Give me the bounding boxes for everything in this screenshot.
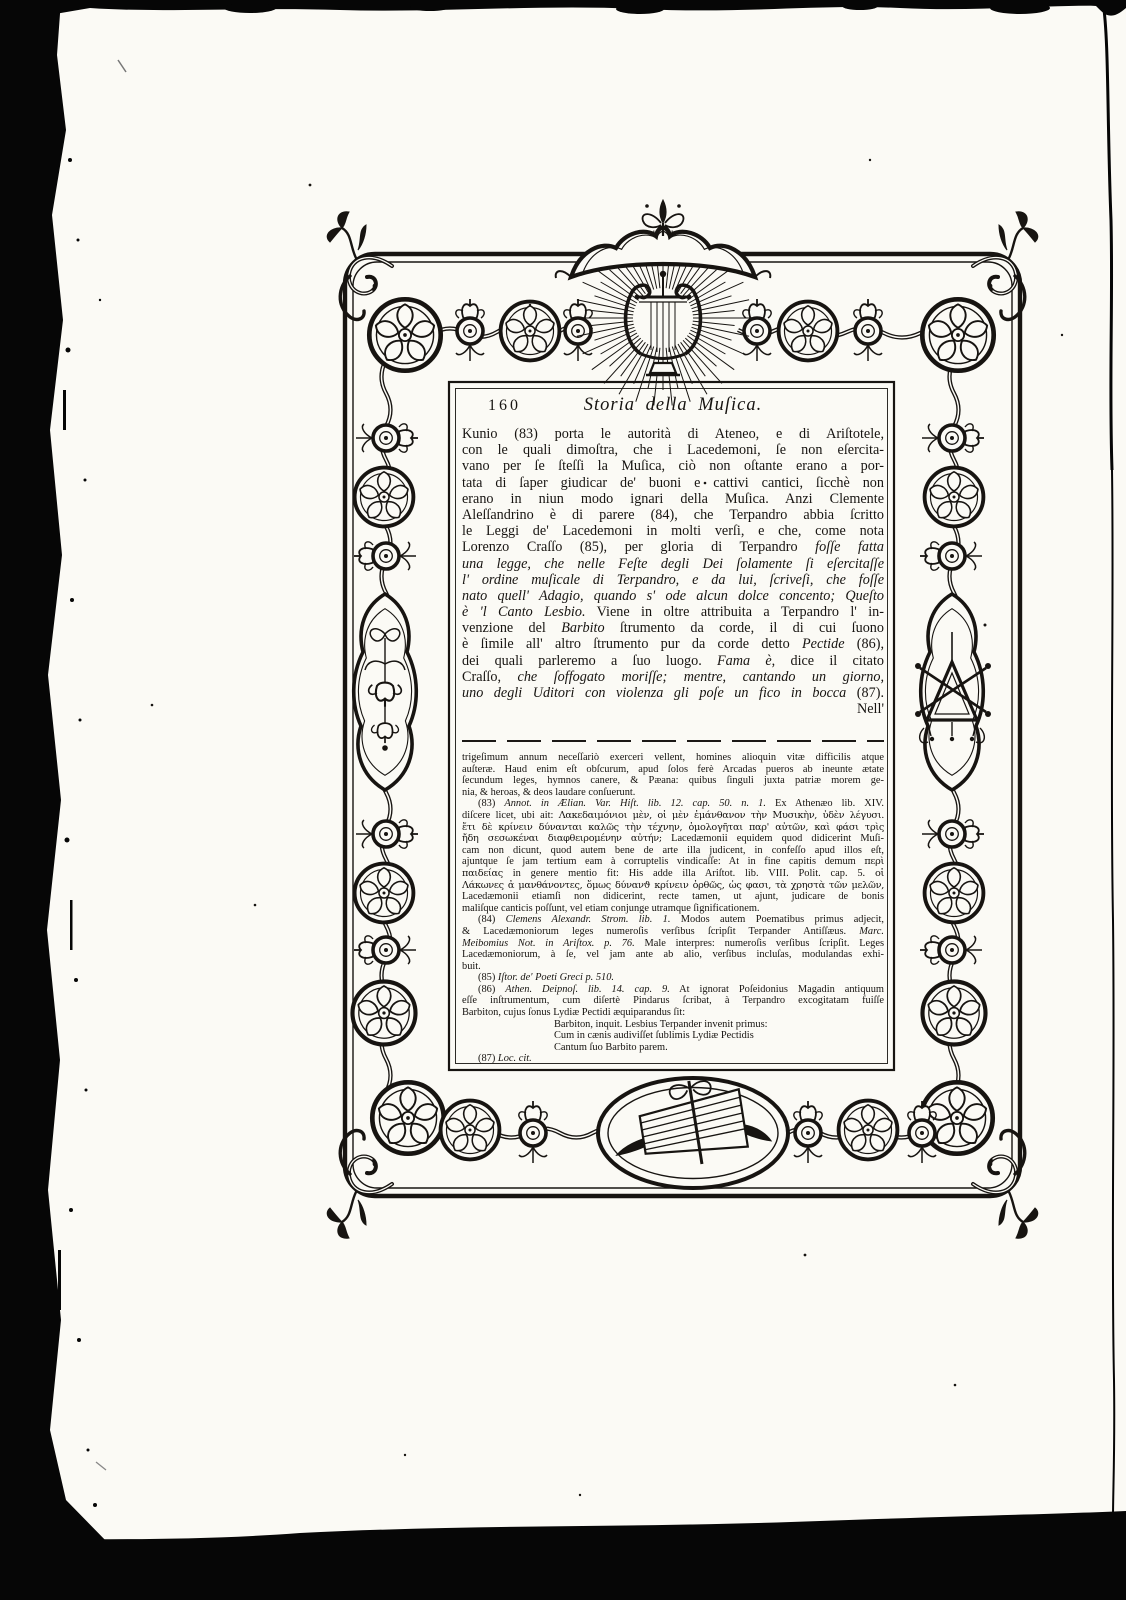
footnote-line: (83) Annot. in Ælian. Var. Hiſt. lib. 12… bbox=[462, 798, 884, 810]
text-line: è 'l Canto Lesbio. Viene in oltre attrib… bbox=[462, 604, 884, 620]
footnote-line: Lacedæmonii etiamſi non didicerint, rect… bbox=[462, 891, 884, 903]
corner-scroll bbox=[973, 212, 1038, 320]
ring-medallion bbox=[564, 299, 592, 361]
ring-medallion bbox=[922, 820, 984, 848]
rosette-medallion bbox=[923, 982, 986, 1045]
ring-medallion bbox=[743, 299, 771, 361]
text-line: vano per ſe ſteſſi la Muſica, ciò non oſ… bbox=[462, 458, 884, 474]
footnote-line: & Lacedæmoniorum leges numeroſis verſibu… bbox=[462, 926, 884, 938]
footnote-line: buit. bbox=[462, 961, 884, 973]
footnote-line: (85) Iſtor. de' Poeti Greci p. 510. bbox=[462, 972, 884, 984]
ring-medallion bbox=[854, 299, 882, 361]
footnote-line: cam non dicunt, quod autem bene de arte … bbox=[462, 845, 884, 857]
corner-scroll bbox=[973, 1131, 1038, 1239]
text-line: le Leggi de' Lacedemoni in molti verſi, … bbox=[462, 523, 884, 539]
ring-medallion bbox=[456, 299, 484, 361]
text-line: venzione del Barbito ſtrumento da corde,… bbox=[462, 620, 884, 636]
footnote-line: ἔτι δὲ κρίνειν δύνανται καλῶς τὴν τέχνην… bbox=[462, 822, 884, 834]
text-line: l' ordine muſicale di Terpandro, e da lu… bbox=[462, 572, 884, 588]
footnote-line: auſteræ. Haud enim eſt obſcurum, apud ſo… bbox=[462, 764, 884, 776]
footnote-line: (87) Loc. cit. bbox=[462, 1053, 884, 1065]
crest-pediment bbox=[571, 228, 755, 277]
body-text: Kunio (83) porta le autorità di Ateneo, … bbox=[462, 426, 884, 717]
rosette-medallion bbox=[779, 302, 838, 361]
page-number: 160 bbox=[488, 397, 521, 415]
page-header: 160 Storia della Muſica. bbox=[462, 395, 884, 419]
footnote-line: (84) Clemens Alexandr. Strom. lib. 1. Mo… bbox=[462, 914, 884, 926]
ring-medallion bbox=[519, 1101, 547, 1163]
text-line: nato quell' Adagio, quando s' ode alcun … bbox=[462, 588, 884, 604]
text-line: Nell' bbox=[462, 701, 884, 717]
footnote-line: Cantum ſuo Barbito parem. bbox=[462, 1042, 884, 1054]
text-line: Aleſſandrino è di parere (84), che Terpa… bbox=[462, 507, 884, 523]
footnote-line: ſecundum leges, hymnos canere, & Pæana: … bbox=[462, 775, 884, 787]
fleur-finial-icon bbox=[556, 200, 771, 278]
footnote-line: Meibomius Not. in Ariſtox. p. 76. Male i… bbox=[462, 938, 884, 950]
text-line: uno degli Uditori con violenza gli poſe … bbox=[462, 685, 884, 701]
top-crest bbox=[556, 200, 771, 406]
footnote-line: diſcere licet, ubi ait: Λακεδαιμόνιοι μὲ… bbox=[462, 810, 884, 822]
text-line: tata di ſaper giudicar de' buoni e catti… bbox=[462, 475, 884, 491]
scanned-book-page: { "colors": { "ink": "#171411", "paper":… bbox=[0, 0, 1126, 1600]
text-line: erano in niun modo ignari della Muſica. … bbox=[462, 491, 884, 507]
triangle-trophy-icon bbox=[915, 632, 991, 743]
footnote-line: Lacedæmoniorum, à ſe, vel jam ante ab al… bbox=[462, 949, 884, 961]
ring-medallion bbox=[922, 424, 984, 452]
ring-medallion bbox=[356, 820, 418, 848]
footnote-line: trigeſimum annum neceſſariò exerceri vel… bbox=[462, 752, 884, 764]
rosette-medallion bbox=[355, 864, 414, 923]
lyre-icon bbox=[626, 271, 701, 375]
text-block: 160 Storia della Muſica. Kunio (83) port… bbox=[449, 382, 894, 1072]
footnote-line: ajuntque ſe jam tertium eam à corrupteli… bbox=[462, 856, 884, 868]
running-title: Storia della Muſica. bbox=[462, 395, 884, 416]
bottom-cartouche bbox=[598, 1070, 788, 1188]
footnote-line: eſſe inſtrumentum, cum diſertè Pindarus … bbox=[462, 995, 884, 1007]
rosette-medallion bbox=[925, 468, 984, 527]
footnotes: trigeſimum annum neceſſariò exerceri vel… bbox=[462, 752, 884, 1065]
footnote-line: Barbiton, cujus ſonus Lydiæ Pectidi æqui… bbox=[462, 1007, 884, 1019]
ring-medallion bbox=[908, 1101, 936, 1163]
rosette-medallion bbox=[441, 1101, 500, 1160]
ring-medallion bbox=[920, 936, 982, 964]
right-cartouche bbox=[915, 594, 991, 790]
footnote-line: Barbiton, inquit. Lesbius Terpander inve… bbox=[462, 1019, 884, 1031]
ring-medallion bbox=[794, 1101, 822, 1163]
ring-medallion bbox=[354, 542, 416, 570]
ring-medallion bbox=[356, 424, 418, 452]
corner-scroll bbox=[327, 212, 392, 320]
footnote-line: παιδείας in genere mentio fit: His adde … bbox=[462, 868, 884, 880]
text-line: Lorenzo Craſſo (85), per gloria di Terpa… bbox=[462, 539, 884, 555]
text-line: una legge, che nelle Feſte degli Dei ſol… bbox=[462, 556, 884, 572]
text-line: Kunio (83) porta le autorità di Ateneo, … bbox=[462, 426, 884, 442]
text-line: con le quali dimoſtra, che i Lacedemoni,… bbox=[462, 442, 884, 458]
text-line: Craſſo, che ſoffogato moriſſe; mentre, c… bbox=[462, 669, 884, 685]
corner-scroll bbox=[327, 1131, 392, 1239]
rosette-medallion bbox=[355, 468, 414, 527]
footnote-line: ἤδη σεσωκέναι διαφθειρομένην αὐτήν; Lace… bbox=[462, 833, 884, 845]
footnote-separator bbox=[462, 740, 884, 742]
footnote-line: Cum in cænis audiviſſet ſublimis Lydiæ P… bbox=[462, 1030, 884, 1042]
rosette-medallion bbox=[353, 982, 416, 1045]
rosette-medallion bbox=[839, 1101, 898, 1160]
sunburst-icon bbox=[575, 231, 751, 406]
bellflower-pendant-icon bbox=[365, 629, 405, 751]
rosette-medallion bbox=[501, 302, 560, 361]
footnote-line: nia, & heroas, & deos laudare conſuerunt… bbox=[462, 787, 884, 799]
ring-medallion bbox=[354, 936, 416, 964]
left-cartouche bbox=[354, 594, 417, 790]
text-line: è ſimile all' altro ſtrumento pur da cor… bbox=[462, 636, 884, 652]
rosette-medallion bbox=[922, 299, 993, 370]
rosette-medallion bbox=[369, 299, 440, 370]
text-line: dei quali parleremo a ſuo luogo. Fama è,… bbox=[462, 653, 884, 669]
rosette-medallion bbox=[921, 1082, 992, 1153]
ring-medallion bbox=[920, 542, 982, 570]
pan-flute-icon bbox=[607, 1070, 773, 1177]
footnote-line: Λάκωνες ἀ μανθάνοντες, ὅμως δύνανϑ κρίνε… bbox=[462, 880, 884, 892]
rosette-medallion bbox=[925, 864, 984, 923]
footnote-line: maliſque canticis poſſunt, vel etiam con… bbox=[462, 903, 884, 915]
footnote-line: (86) Athen. Deipnoſ. lib. 14. cap. 9. At… bbox=[462, 984, 884, 996]
rosette-medallion bbox=[372, 1082, 443, 1153]
